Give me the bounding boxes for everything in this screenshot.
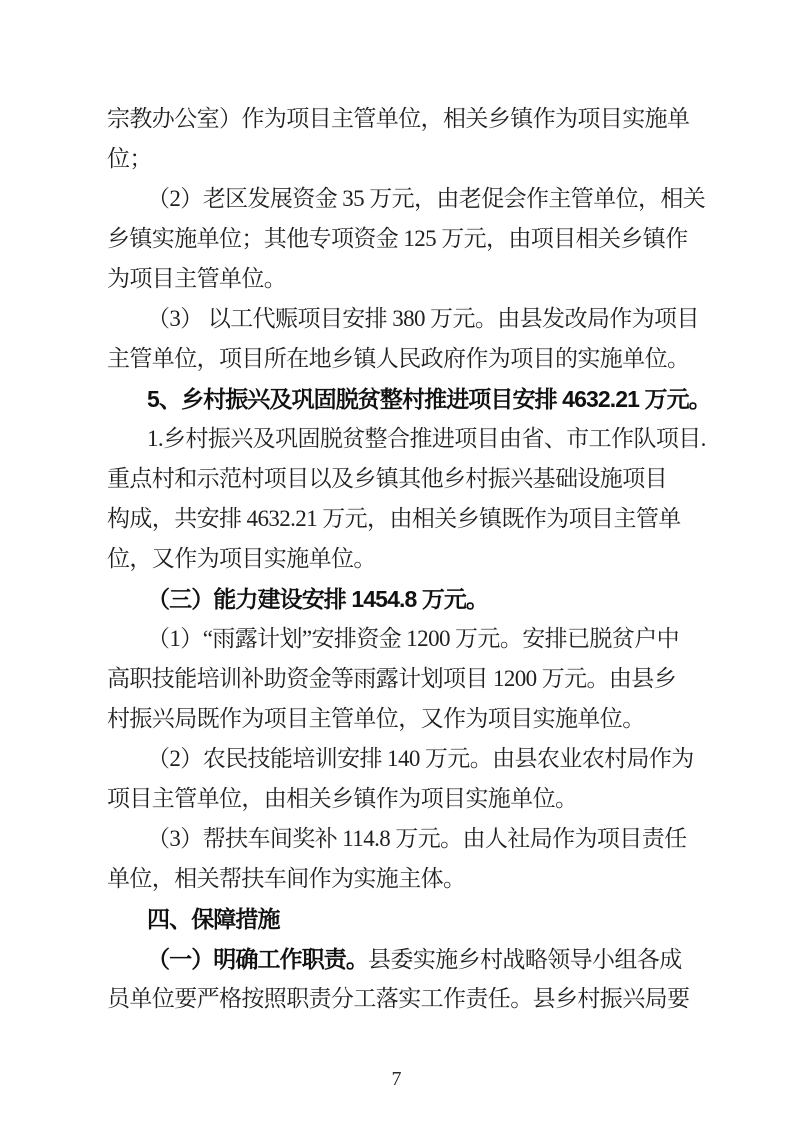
- text-line: 5、乡村振兴及巩固脱贫整村推进项目安排 4632.21 万元。: [107, 379, 707, 419]
- body-text: 员单位要严格按照职责分工落实工作责任。县乡村振兴局要: [107, 986, 689, 1011]
- body-text: 村振兴局既作为项目主管单位，又作为项目实施单位。: [107, 706, 645, 731]
- text-line: 高职技能培训补助资金等雨露计划项目 1200 万元。由县乡: [107, 659, 707, 699]
- text-line: 四、保障措施: [107, 899, 707, 939]
- text-line: （3） 以工代赈项目安排 380 万元。由县发改局作为项目: [107, 299, 707, 339]
- text-line: 单位，相关帮扶车间作为实施主体。: [107, 859, 707, 899]
- text-line: 为项目主管单位。: [107, 259, 707, 299]
- text-line: （1）“雨露计划”安排资金 1200 万元。安排已脱贫户中: [107, 619, 707, 659]
- text-line: 员单位要严格按照职责分工落实工作责任。县乡村振兴局要: [107, 979, 707, 1019]
- body-text: 为项目主管单位。: [107, 266, 286, 291]
- body-text: 高职技能培训补助资金等雨露计划项目 1200 万元。由县乡: [107, 666, 676, 691]
- text-line: 乡镇实施单位；其他专项资金 125 万元，由项目相关乡镇作: [107, 219, 707, 259]
- text-line: （2）农民技能培训安排 140 万元。由县农业农村局作为: [107, 739, 707, 779]
- text-line: （3）帮扶车间奖补 114.8 万元。由人社局作为项目责任: [107, 819, 707, 859]
- body-text: 1.乡村振兴及巩固脱贫整合推进项目由省、市工作队项目.: [147, 426, 706, 451]
- text-line: （一）明确工作职责。县委实施乡村战略领导小组各成: [107, 939, 707, 979]
- heading-text: 5、乡村振兴及巩固脱贫整村推进项目安排 4632.21 万元。: [147, 386, 711, 412]
- body-text: 位，又作为项目实施单位。: [107, 546, 376, 571]
- page-number: 7: [392, 1068, 402, 1090]
- heading-text: 四、保障措施: [147, 906, 280, 932]
- text-line: 村振兴局既作为项目主管单位，又作为项目实施单位。: [107, 699, 707, 739]
- document-body: 宗教办公室）作为项目主管单位，相关乡镇作为项目实施单位；（2）老区发展资金 35…: [107, 99, 707, 1019]
- body-text: 项目主管单位，由相关乡镇作为项目实施单位。: [107, 786, 577, 811]
- text-line: 宗教办公室）作为项目主管单位，相关乡镇作为项目实施单: [107, 99, 707, 139]
- heading-text: （三）能力建设安排 1454.8 万元。: [147, 586, 488, 612]
- text-line: 主管单位，项目所在地乡镇人民政府作为项目的实施单位。: [107, 339, 707, 379]
- body-text: 宗教办公室）作为项目主管单位，相关乡镇作为项目实施单: [107, 106, 689, 131]
- body-text: 乡镇实施单位；其他专项资金 125 万元，由项目相关乡镇作: [107, 226, 688, 251]
- heading-text: （一）明确工作职责。: [147, 946, 368, 972]
- text-line: （三）能力建设安排 1454.8 万元。: [107, 579, 707, 619]
- body-text: 重点村和示范村项目以及乡镇其他乡村振兴基础设施项目: [107, 466, 667, 491]
- text-line: （2）老区发展资金 35 万元，由老促会作主管单位，相关: [107, 179, 707, 219]
- body-text: 主管单位，项目所在地乡镇人民政府作为项目的实施单位。: [107, 346, 689, 371]
- body-text: 单位，相关帮扶车间作为实施主体。: [107, 866, 465, 891]
- page-footer: 7: [0, 1068, 793, 1091]
- body-text: 构成，共安排 4632.21 万元，由相关乡镇既作为项目主管单: [107, 506, 681, 531]
- text-line: 位，又作为项目实施单位。: [107, 539, 707, 579]
- text-line: 1.乡村振兴及巩固脱贫整合推进项目由省、市工作队项目.: [107, 419, 707, 459]
- body-text: （2）农民技能培训安排 140 万元。由县农业农村局作为: [147, 746, 694, 771]
- text-line: 重点村和示范村项目以及乡镇其他乡村振兴基础设施项目: [107, 459, 707, 499]
- text-line: 构成，共安排 4632.21 万元，由相关乡镇既作为项目主管单: [107, 499, 707, 539]
- body-text: 位；: [107, 146, 152, 171]
- text-line: 位；: [107, 139, 707, 179]
- body-text: （3）帮扶车间奖补 114.8 万元。由人社局作为项目责任: [147, 826, 687, 851]
- document-page: 宗教办公室）作为项目主管单位，相关乡镇作为项目实施单位；（2）老区发展资金 35…: [0, 0, 793, 1122]
- body-text: 县委实施乡村战略领导小组各成: [368, 947, 682, 972]
- body-text: （3） 以工代赈项目安排 380 万元。由县发改局作为项目: [147, 306, 699, 331]
- body-text: （2）老区发展资金 35 万元，由老促会作主管单位，相关: [147, 186, 705, 211]
- body-text: （1）“雨露计划”安排资金 1200 万元。安排已脱贫户中: [147, 626, 679, 651]
- text-line: 项目主管单位，由相关乡镇作为项目实施单位。: [107, 779, 707, 819]
